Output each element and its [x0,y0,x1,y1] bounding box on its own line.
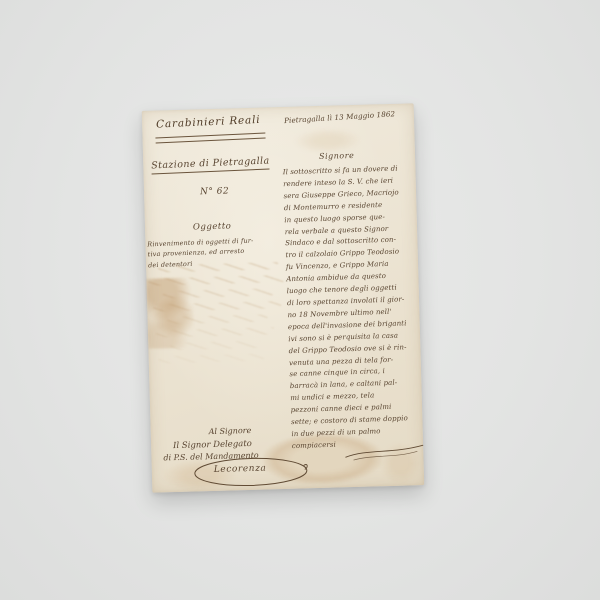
bleedthrough-row [156,327,274,337]
ink-bleedthrough [148,262,295,436]
end-flourish [343,441,426,463]
bleedthrough-row [159,354,264,364]
station-line: Stazione di Pietragalla [151,155,270,174]
bleedthrough-row [148,275,283,286]
signature-block: Lecorenza [191,453,310,490]
bleedthrough-row [167,314,267,324]
letter-paper: Carabinieri Reali Stazione di Pietragall… [142,103,425,492]
photo-background: Carabinieri Reali Stazione di Pietragall… [0,0,600,600]
subject-label: Oggetto [193,221,232,232]
bleedthrough-row [153,301,281,312]
dateline: Pietragalla lì 13 Maggio 1862 [284,108,414,125]
organization-header: Carabinieri Reali [156,113,286,131]
signature-name: Lecorenza [214,464,267,475]
subject-text: Rinvenimento di oggetti di fur-tiva prov… [147,234,288,270]
bleedthrough-row [170,341,260,351]
salutation: Signore [319,151,354,161]
document-number: N° 62 [200,186,229,197]
bleedthrough-row [163,288,273,298]
letter-body: Il sottoscritto si fa un dovere dirender… [283,163,424,453]
double-rule [155,132,265,143]
